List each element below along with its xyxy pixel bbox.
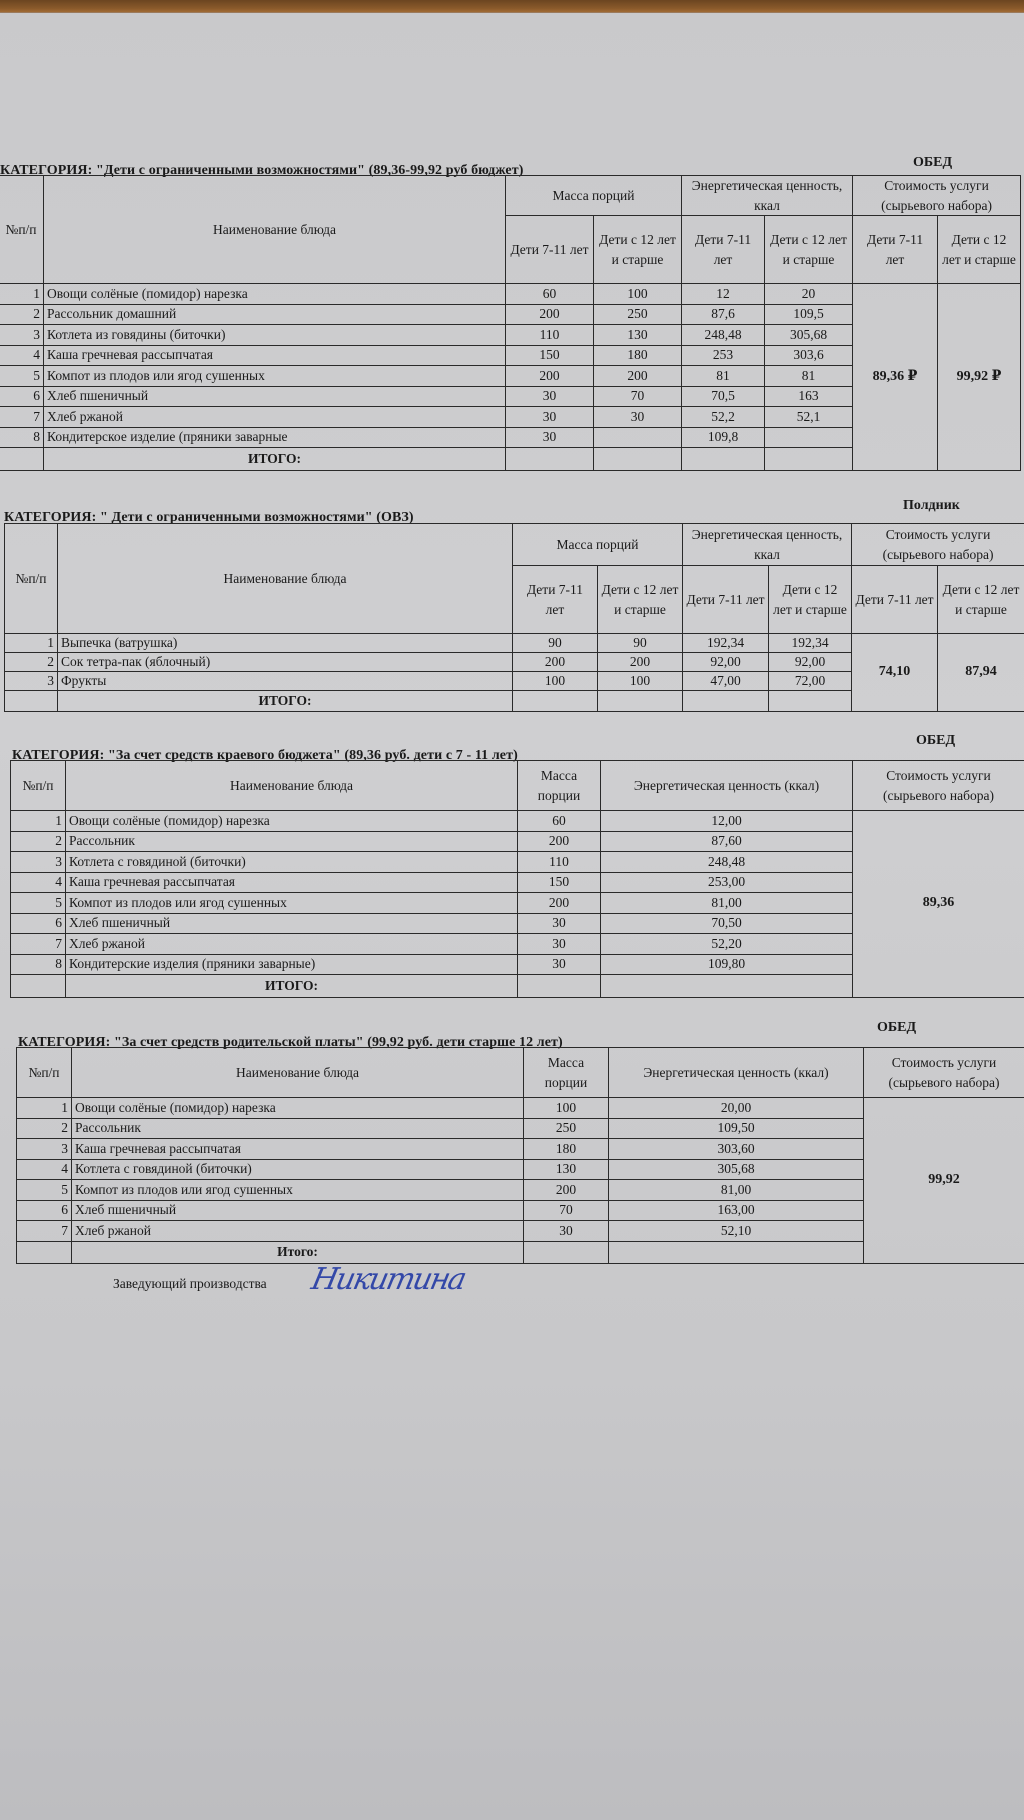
header-mass-12-plus: Дети с 12 лет и старше <box>594 216 682 284</box>
header-mass-12-plus: Дети с 12 лет и старше <box>598 566 683 634</box>
mass-7-11: 150 <box>506 345 594 366</box>
energy-12-plus: 92,00 <box>769 653 852 672</box>
row-number: 7 <box>17 1221 72 1242</box>
energy: 12,00 <box>601 811 853 832</box>
mass-7-11: 200 <box>506 366 594 387</box>
dish-name: Рассольник домашний <box>44 304 506 325</box>
dish-name: Котлета с говядиной (биточки) <box>66 852 518 873</box>
total-num-empty <box>11 975 66 998</box>
energy: 20,00 <box>609 1098 864 1119</box>
energy: 303,60 <box>609 1139 864 1160</box>
header-cost-12-plus: Дети с 12 лет и старше <box>938 566 1024 634</box>
mass-12-plus: 30 <box>594 407 682 428</box>
energy-7-11: 253 <box>682 345 765 366</box>
row-number: 6 <box>11 913 66 934</box>
mass: 110 <box>518 852 601 873</box>
energy-7-11: 47,00 <box>683 672 769 691</box>
row-number: 2 <box>11 831 66 852</box>
header-num: №п/п <box>17 1048 72 1098</box>
header-energy-group: Энергетическая ценность, ккал <box>682 176 853 216</box>
mass-12-plus: 130 <box>594 325 682 346</box>
header-energy-12-plus: Дети с 12 лет и старше <box>769 566 852 634</box>
mass: 100 <box>524 1098 609 1119</box>
header-mass-7-11: Дети 7-11 лет <box>513 566 598 634</box>
mass: 150 <box>518 872 601 893</box>
energy: 163,00 <box>609 1200 864 1221</box>
table4-meal-label: ОБЕД <box>877 1020 916 1036</box>
dish-name: Сок тетра-пак (яблочный) <box>58 653 513 672</box>
dish-name: Хлеб пшеничный <box>72 1200 524 1221</box>
cost-12-plus: 99,92 ₽ <box>938 284 1021 471</box>
header-cost-group: Стоимость услуги (сырьевого набора) <box>852 524 1024 566</box>
row-number: 8 <box>11 954 66 975</box>
mass: 30 <box>524 1221 609 1242</box>
total-value-empty <box>765 448 853 471</box>
row-number: 4 <box>11 872 66 893</box>
dish-name: Хлеб ржаной <box>44 407 506 428</box>
dish-name: Котлета из говядины (биточки) <box>44 325 506 346</box>
dish-name: Каша гречневая рассыпчатая <box>44 345 506 366</box>
table-row: 1Овощи солёные (помидор) нарезка60100122… <box>0 284 1021 305</box>
header-mass-group: Масса порций <box>513 524 683 566</box>
mass-12-plus: 100 <box>594 284 682 305</box>
table-row: 1Выпечка (ватрушка)9090192,34192,3474,10… <box>5 634 1024 653</box>
total-label: ИТОГО: <box>58 691 513 712</box>
header-dish: Наименование блюда <box>72 1048 524 1098</box>
mass-7-11: 60 <box>506 284 594 305</box>
signature-label: Заведующий производства <box>113 1276 267 1292</box>
table3-lunch-regional-budget: №п/п Наименование блюда Масса порции Эне… <box>10 760 1024 998</box>
mass-12-plus: 100 <box>598 672 683 691</box>
energy-7-11: 52,2 <box>682 407 765 428</box>
energy-7-11: 70,5 <box>682 386 765 407</box>
cost-12-plus: 87,94 <box>938 634 1024 712</box>
dish-name: Каша гречневая рассыпчатая <box>72 1139 524 1160</box>
mass: 200 <box>518 893 601 914</box>
header-cost-12-plus: Дети с 12 лет и старше <box>938 216 1021 284</box>
mass-7-11: 200 <box>513 653 598 672</box>
row-number: 1 <box>5 634 58 653</box>
mass: 130 <box>524 1159 609 1180</box>
table1-meal-label: ОБЕД <box>913 155 952 171</box>
mass-12-plus: 70 <box>594 386 682 407</box>
energy: 52,20 <box>601 934 853 955</box>
total-energy-empty <box>609 1241 864 1264</box>
table4-lunch-parental-fee: №п/п Наименование блюда Масса порции Эне… <box>16 1047 1024 1264</box>
mass-7-11: 30 <box>506 386 594 407</box>
total-value-empty <box>769 691 852 712</box>
header-dish: Наименование блюда <box>58 524 513 634</box>
header-num: №п/п <box>0 176 44 284</box>
mass-7-11: 110 <box>506 325 594 346</box>
mass-12-plus: 200 <box>594 366 682 387</box>
header-energy: Энергетическая ценность (ккал) <box>609 1048 864 1098</box>
total-value-empty <box>513 691 598 712</box>
total-value-empty <box>598 691 683 712</box>
total-mass-empty <box>524 1241 609 1264</box>
dish-name: Кондитерские изделия (пряники заварные) <box>66 954 518 975</box>
header-dish: Наименование блюда <box>44 176 506 284</box>
energy-7-11: 192,34 <box>683 634 769 653</box>
header-energy-7-11: Дети 7-11 лет <box>683 566 769 634</box>
row-number: 7 <box>0 407 44 428</box>
row-number: 3 <box>11 852 66 873</box>
mass: 70 <box>524 1200 609 1221</box>
row-number: 1 <box>0 284 44 305</box>
header-mass-group: Масса порций <box>506 176 682 216</box>
row-number: 2 <box>17 1118 72 1139</box>
energy-12-plus: 192,34 <box>769 634 852 653</box>
header-cost-7-11: Дети 7-11 лет <box>852 566 938 634</box>
energy-12-plus: 303,6 <box>765 345 853 366</box>
mass: 60 <box>518 811 601 832</box>
dish-name: Хлеб пшеничный <box>66 913 518 934</box>
energy: 81,00 <box>609 1180 864 1201</box>
energy: 81,00 <box>601 893 853 914</box>
row-number: 1 <box>11 811 66 832</box>
dish-name: Компот из плодов или ягод сушенных <box>44 366 506 387</box>
row-number: 4 <box>0 345 44 366</box>
mass-12-plus: 90 <box>598 634 683 653</box>
dish-name: Фрукты <box>58 672 513 691</box>
mass-12-plus <box>594 427 682 448</box>
dish-name: Компот из плодов или ягод сушенных <box>72 1180 524 1201</box>
total-num-empty <box>5 691 58 712</box>
energy: 109,80 <box>601 954 853 975</box>
energy: 248,48 <box>601 852 853 873</box>
row-number: 3 <box>5 672 58 691</box>
total-label: ИТОГО: <box>66 975 518 998</box>
energy: 87,60 <box>601 831 853 852</box>
energy-12-plus: 305,68 <box>765 325 853 346</box>
row-number: 1 <box>17 1098 72 1119</box>
row-number: 8 <box>0 427 44 448</box>
mass: 180 <box>524 1139 609 1160</box>
energy-7-11: 81 <box>682 366 765 387</box>
mass: 200 <box>524 1180 609 1201</box>
energy-7-11: 12 <box>682 284 765 305</box>
dish-name: Рассольник <box>66 831 518 852</box>
mass-7-11: 200 <box>506 304 594 325</box>
total-label: ИТОГО: <box>44 448 506 471</box>
total-value-empty <box>594 448 682 471</box>
header-cost: Стоимость услуги (сырьевого набора) <box>853 761 1024 811</box>
mass-7-11: 90 <box>513 634 598 653</box>
header-num: №п/п <box>5 524 58 634</box>
header-mass: Масса порции <box>518 761 601 811</box>
header-mass: Масса порции <box>524 1048 609 1098</box>
total-mass-empty <box>518 975 601 998</box>
energy-12-plus <box>765 427 853 448</box>
header-dish: Наименование блюда <box>66 761 518 811</box>
total-energy-empty <box>601 975 853 998</box>
mass: 250 <box>524 1118 609 1139</box>
total-label: Итого: <box>72 1241 524 1264</box>
energy: 52,10 <box>609 1221 864 1242</box>
mass: 200 <box>518 831 601 852</box>
mass-12-plus: 250 <box>594 304 682 325</box>
table3-meal-label: ОБЕД <box>916 733 955 749</box>
row-number: 2 <box>5 653 58 672</box>
dish-name: Компот из плодов или ягод сушенных <box>66 893 518 914</box>
energy-7-11: 87,6 <box>682 304 765 325</box>
handwritten-signature: Никитина <box>308 1262 468 1297</box>
header-energy-7-11: Дети 7-11 лет <box>682 216 765 284</box>
mass-7-11: 30 <box>506 427 594 448</box>
dish-name: Котлета с говядиной (биточки) <box>72 1159 524 1180</box>
header-energy-12-plus: Дети с 12 лет и старше <box>765 216 853 284</box>
dish-name: Кондитерское изделие (пряники заварные <box>44 427 506 448</box>
header-mass-7-11: Дети 7-11 лет <box>506 216 594 284</box>
energy: 253,00 <box>601 872 853 893</box>
cost: 99,92 <box>864 1098 1024 1264</box>
row-number: 5 <box>17 1180 72 1201</box>
header-energy: Энергетическая ценность (ккал) <box>601 761 853 811</box>
dish-name: Овощи солёные (помидор) нарезка <box>66 811 518 832</box>
row-number: 6 <box>0 386 44 407</box>
energy: 109,50 <box>609 1118 864 1139</box>
table-row: 1Овощи солёные (помидор) нарезка10020,00… <box>17 1098 1024 1119</box>
header-energy-group: Энергетическая ценность, ккал <box>683 524 852 566</box>
row-number: 3 <box>0 325 44 346</box>
header-cost-group: Стоимость услуги (сырьевого набора) <box>853 176 1021 216</box>
dish-name: Хлеб пшеничный <box>44 386 506 407</box>
mass: 30 <box>518 934 601 955</box>
row-number: 7 <box>11 934 66 955</box>
energy-12-plus: 81 <box>765 366 853 387</box>
energy-12-plus: 20 <box>765 284 853 305</box>
row-number: 2 <box>0 304 44 325</box>
table1-lunch-ovz: №п/п Наименование блюда Масса порций Эне… <box>0 175 1021 471</box>
table2-snack-ovz: №п/п Наименование блюда Масса порций Эне… <box>4 523 1024 712</box>
energy-12-plus: 52,1 <box>765 407 853 428</box>
mass: 30 <box>518 913 601 934</box>
dish-name: Хлеб ржаной <box>66 934 518 955</box>
header-num: №п/п <box>11 761 66 811</box>
total-value-empty <box>682 448 765 471</box>
cost-7-11: 89,36 ₽ <box>853 284 938 471</box>
energy: 305,68 <box>609 1159 864 1180</box>
wooden-table-edge <box>0 0 1024 13</box>
mass-7-11: 100 <box>513 672 598 691</box>
total-value-empty <box>506 448 594 471</box>
dish-name: Овощи солёные (помидор) нарезка <box>44 284 506 305</box>
total-num-empty <box>0 448 44 471</box>
total-value-empty <box>683 691 769 712</box>
dish-name: Каша гречневая рассыпчатая <box>66 872 518 893</box>
dish-name: Рассольник <box>72 1118 524 1139</box>
total-num-empty <box>17 1241 72 1264</box>
table-row: 1Овощи солёные (помидор) нарезка6012,008… <box>11 811 1024 832</box>
row-number: 5 <box>0 366 44 387</box>
dish-name: Выпечка (ватрушка) <box>58 634 513 653</box>
row-number: 4 <box>17 1159 72 1180</box>
energy-7-11: 92,00 <box>683 653 769 672</box>
cost: 89,36 <box>853 811 1024 998</box>
mass-12-plus: 200 <box>598 653 683 672</box>
energy-7-11: 248,48 <box>682 325 765 346</box>
dish-name: Хлеб ржаной <box>72 1221 524 1242</box>
mass: 30 <box>518 954 601 975</box>
row-number: 6 <box>17 1200 72 1221</box>
energy-12-plus: 72,00 <box>769 672 852 691</box>
row-number: 5 <box>11 893 66 914</box>
header-cost: Стоимость услуги (сырьевого набора) <box>864 1048 1024 1098</box>
mass-7-11: 30 <box>506 407 594 428</box>
mass-12-plus: 180 <box>594 345 682 366</box>
table2-meal-label: Полдник <box>903 498 960 514</box>
energy-12-plus: 109,5 <box>765 304 853 325</box>
header-cost-7-11: Дети 7-11 лет <box>853 216 938 284</box>
energy: 70,50 <box>601 913 853 934</box>
row-number: 3 <box>17 1139 72 1160</box>
dish-name: Овощи солёные (помидор) нарезка <box>72 1098 524 1119</box>
energy-7-11: 109,8 <box>682 427 765 448</box>
energy-12-plus: 163 <box>765 386 853 407</box>
cost-7-11: 74,10 <box>852 634 938 712</box>
